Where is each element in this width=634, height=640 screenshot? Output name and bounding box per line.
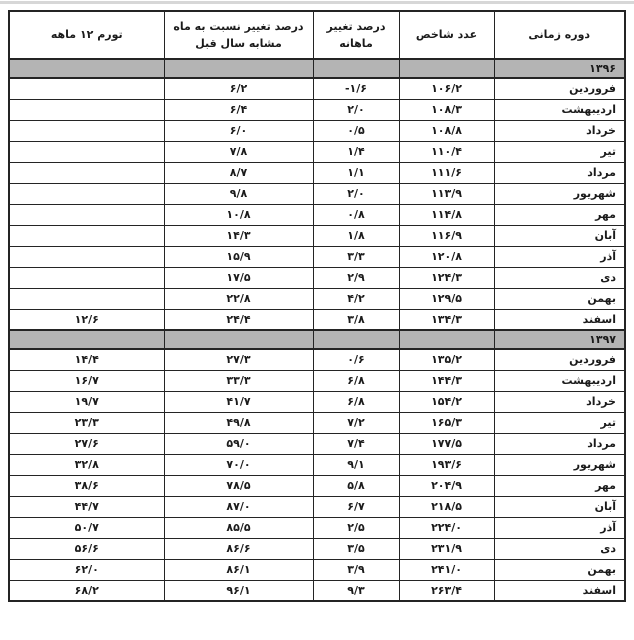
inflation-12m-cell: ۴۴/۷ [9, 496, 164, 517]
year-label: ۱۳۹۶ [494, 59, 625, 78]
inflation-12m-cell: ۱۴/۴ [9, 349, 164, 370]
period-cell: مرداد [494, 433, 625, 454]
monthly-change-cell: ۶/۸ [313, 391, 399, 412]
inflation-12m-cell [9, 288, 164, 309]
yoy-change-cell: ۸۶/۶ [164, 538, 313, 559]
data-row: دی۱۲۴/۳۲/۹۱۷/۵ [9, 267, 625, 288]
period-cell: خرداد [494, 120, 625, 141]
data-row: آبان۲۱۸/۵۶/۷۸۷/۰۴۴/۷ [9, 496, 625, 517]
index-cell: ۱۱۴/۸ [399, 204, 494, 225]
data-row: مهر۲۰۴/۹۵/۸۷۸/۵۳۸/۶ [9, 475, 625, 496]
inflation-12m-cell [9, 246, 164, 267]
inflation-12m-cell: ۵۰/۷ [9, 517, 164, 538]
inflation-12m-cell: ۳۸/۶ [9, 475, 164, 496]
monthly-change-cell: ۳/۳ [313, 246, 399, 267]
data-row: آذر۱۲۰/۸۳/۳۱۵/۹ [9, 246, 625, 267]
index-cell: ۱۲۹/۵ [399, 288, 494, 309]
data-row: اردیبهشت۱۴۴/۳۶/۸۳۳/۳۱۶/۷ [9, 370, 625, 391]
index-cell: ۱۳۵/۲ [399, 349, 494, 370]
year-band-cell [399, 59, 494, 78]
data-row: بهمن۲۴۱/۰۳/۹۸۶/۱۶۲/۰ [9, 559, 625, 580]
yoy-change-cell: ۸/۷ [164, 162, 313, 183]
header-row: دوره زمانی عدد شاخص درصد تغییر ماهانه در… [9, 11, 625, 59]
yoy-change-cell: ۶/۰ [164, 120, 313, 141]
period-cell: فروردین [494, 349, 625, 370]
year-band-cell [313, 330, 399, 349]
period-cell: فروردین [494, 78, 625, 99]
yoy-change-cell: ۸۷/۰ [164, 496, 313, 517]
data-row: مهر۱۱۴/۸۰/۸۱۰/۸ [9, 204, 625, 225]
yoy-change-cell: ۸۶/۱ [164, 559, 313, 580]
header-period: دوره زمانی [494, 11, 625, 59]
index-cell: ۱۶۵/۳ [399, 412, 494, 433]
yoy-change-cell: ۶/۴ [164, 99, 313, 120]
yoy-change-cell: ۴۱/۷ [164, 391, 313, 412]
year-band-cell [9, 59, 164, 78]
data-row: تیر۱۶۵/۳۷/۲۴۹/۸۲۳/۳ [9, 412, 625, 433]
monthly-change-cell: ۵/۸ [313, 475, 399, 496]
period-cell: دی [494, 267, 625, 288]
index-cell: ۲۰۴/۹ [399, 475, 494, 496]
yoy-change-cell: ۱۴/۳ [164, 225, 313, 246]
period-cell: آبان [494, 496, 625, 517]
data-row: اسفند۱۳۴/۳۳/۸۲۴/۴۱۲/۶ [9, 309, 625, 330]
period-cell: اردیبهشت [494, 370, 625, 391]
index-cell: ۱۰۶/۲ [399, 78, 494, 99]
yoy-change-cell: ۷۸/۵ [164, 475, 313, 496]
yoy-change-cell: ۵۹/۰ [164, 433, 313, 454]
period-cell: مهر [494, 475, 625, 496]
inflation-12m-cell: ۱۲/۶ [9, 309, 164, 330]
period-cell: اسفند [494, 580, 625, 601]
yoy-change-cell: ۹۶/۱ [164, 580, 313, 601]
data-row: فروردین۱۰۶/۲-۱/۶۶/۲ [9, 78, 625, 99]
inflation-12m-cell [9, 183, 164, 204]
yoy-change-cell: ۱۷/۵ [164, 267, 313, 288]
monthly-change-cell: ۱/۸ [313, 225, 399, 246]
period-cell: اسفند [494, 309, 625, 330]
index-cell: ۱۹۳/۶ [399, 454, 494, 475]
header-yoy-change: درصد تغییر نسبت به ماه مشابه سال قبل [164, 11, 313, 59]
yoy-change-cell: ۳۳/۳ [164, 370, 313, 391]
data-row: اسفند۲۶۳/۴۹/۳۹۶/۱۶۸/۲ [9, 580, 625, 601]
data-row: مرداد۱۷۷/۵۷/۴۵۹/۰۲۷/۶ [9, 433, 625, 454]
yoy-change-cell: ۶/۲ [164, 78, 313, 99]
index-cell: ۱۳۴/۳ [399, 309, 494, 330]
monthly-change-cell: ۰/۶ [313, 349, 399, 370]
year-band-cell [9, 330, 164, 349]
yoy-change-cell: ۷/۸ [164, 141, 313, 162]
inflation-12m-cell: ۲۷/۶ [9, 433, 164, 454]
cpi-table-container: دوره زمانی عدد شاخص درصد تغییر ماهانه در… [8, 10, 626, 602]
table-header: دوره زمانی عدد شاخص درصد تغییر ماهانه در… [9, 11, 625, 59]
index-cell: ۱۲۰/۸ [399, 246, 494, 267]
yoy-change-cell: ۲۴/۴ [164, 309, 313, 330]
data-row: بهمن۱۲۹/۵۴/۲۲۲/۸ [9, 288, 625, 309]
yoy-change-cell: ۲۷/۳ [164, 349, 313, 370]
data-row: دی۲۳۱/۹۳/۵۸۶/۶۵۶/۶ [9, 538, 625, 559]
monthly-change-cell: ۴/۲ [313, 288, 399, 309]
index-cell: ۱۱۳/۹ [399, 183, 494, 204]
index-cell: ۲۲۴/۰ [399, 517, 494, 538]
index-cell: ۱۱۰/۴ [399, 141, 494, 162]
period-cell: آذر [494, 246, 625, 267]
year-label: ۱۳۹۷ [494, 330, 625, 349]
data-row: خرداد۱۰۸/۸۰/۵۶/۰ [9, 120, 625, 141]
header-monthly-change: درصد تغییر ماهانه [313, 11, 399, 59]
yoy-change-cell: ۸۵/۵ [164, 517, 313, 538]
period-cell: شهریور [494, 454, 625, 475]
inflation-12m-cell [9, 78, 164, 99]
inflation-12m-cell [9, 141, 164, 162]
monthly-change-cell: ۱/۱ [313, 162, 399, 183]
monthly-change-cell: ۰/۵ [313, 120, 399, 141]
inflation-12m-cell: ۶۸/۲ [9, 580, 164, 601]
inflation-12m-cell [9, 204, 164, 225]
index-cell: ۱۴۴/۳ [399, 370, 494, 391]
scan-artifact-line [0, 1, 634, 4]
yoy-change-cell: ۱۰/۸ [164, 204, 313, 225]
index-cell: ۲۱۸/۵ [399, 496, 494, 517]
inflation-12m-cell: ۳۲/۸ [9, 454, 164, 475]
table-body: ۱۳۹۶فروردین۱۰۶/۲-۱/۶۶/۲اردیبهشت۱۰۸/۳۲/۰۶… [9, 59, 625, 601]
yoy-change-cell: ۲۲/۸ [164, 288, 313, 309]
header-index: عدد شاخص [399, 11, 494, 59]
inflation-12m-cell: ۲۳/۳ [9, 412, 164, 433]
yoy-change-cell: ۱۵/۹ [164, 246, 313, 267]
inflation-12m-cell [9, 225, 164, 246]
data-row: تیر۱۱۰/۴۱/۴۷/۸ [9, 141, 625, 162]
index-cell: ۱۱۶/۹ [399, 225, 494, 246]
monthly-change-cell: ۹/۱ [313, 454, 399, 475]
data-row: خرداد۱۵۴/۲۶/۸۴۱/۷۱۹/۷ [9, 391, 625, 412]
monthly-change-cell: ۰/۸ [313, 204, 399, 225]
year-band-cell [313, 59, 399, 78]
inflation-12m-cell [9, 99, 164, 120]
monthly-change-cell: ۳/۵ [313, 538, 399, 559]
data-row: شهریور۱۱۳/۹۲/۰۹/۸ [9, 183, 625, 204]
monthly-change-cell: ۳/۸ [313, 309, 399, 330]
data-row: آبان۱۱۶/۹۱/۸۱۴/۳ [9, 225, 625, 246]
year-band-row: ۱۳۹۶ [9, 59, 625, 78]
index-cell: ۱۰۸/۸ [399, 120, 494, 141]
index-cell: ۱۱۱/۶ [399, 162, 494, 183]
monthly-change-cell: ۲/۵ [313, 517, 399, 538]
monthly-change-cell: ۷/۲ [313, 412, 399, 433]
monthly-change-cell: ۱/۴ [313, 141, 399, 162]
monthly-change-cell: -۱/۶ [313, 78, 399, 99]
data-row: شهریور۱۹۳/۶۹/۱۷۰/۰۳۲/۸ [9, 454, 625, 475]
period-cell: تیر [494, 412, 625, 433]
period-cell: بهمن [494, 559, 625, 580]
monthly-change-cell: ۶/۸ [313, 370, 399, 391]
year-band-row: ۱۳۹۷ [9, 330, 625, 349]
period-cell: مرداد [494, 162, 625, 183]
data-row: مرداد۱۱۱/۶۱/۱۸/۷ [9, 162, 625, 183]
data-row: آذر۲۲۴/۰۲/۵۸۵/۵۵۰/۷ [9, 517, 625, 538]
yoy-change-cell: ۴۹/۸ [164, 412, 313, 433]
period-cell: تیر [494, 141, 625, 162]
monthly-change-cell: ۶/۷ [313, 496, 399, 517]
cpi-table: دوره زمانی عدد شاخص درصد تغییر ماهانه در… [8, 10, 626, 602]
index-cell: ۲۶۳/۴ [399, 580, 494, 601]
period-cell: آبان [494, 225, 625, 246]
monthly-change-cell: ۲/۰ [313, 99, 399, 120]
period-cell: بهمن [494, 288, 625, 309]
data-row: فروردین۱۳۵/۲۰/۶۲۷/۳۱۴/۴ [9, 349, 625, 370]
monthly-change-cell: ۷/۴ [313, 433, 399, 454]
inflation-12m-cell [9, 267, 164, 288]
period-cell: اردیبهشت [494, 99, 625, 120]
monthly-change-cell: ۲/۹ [313, 267, 399, 288]
period-cell: خرداد [494, 391, 625, 412]
index-cell: ۱۰۸/۳ [399, 99, 494, 120]
period-cell: دی [494, 538, 625, 559]
monthly-change-cell: ۲/۰ [313, 183, 399, 204]
index-cell: ۲۳۱/۹ [399, 538, 494, 559]
monthly-change-cell: ۳/۹ [313, 559, 399, 580]
index-cell: ۱۲۴/۳ [399, 267, 494, 288]
index-cell: ۱۵۴/۲ [399, 391, 494, 412]
inflation-12m-cell: ۶۲/۰ [9, 559, 164, 580]
inflation-12m-cell: ۱۶/۷ [9, 370, 164, 391]
index-cell: ۲۴۱/۰ [399, 559, 494, 580]
monthly-change-cell: ۹/۳ [313, 580, 399, 601]
index-cell: ۱۷۷/۵ [399, 433, 494, 454]
year-band-cell [164, 59, 313, 78]
inflation-12m-cell [9, 162, 164, 183]
period-cell: آذر [494, 517, 625, 538]
header-inflation-12m: تورم ۱۲ ماهه [9, 11, 164, 59]
year-band-cell [164, 330, 313, 349]
year-band-cell [399, 330, 494, 349]
inflation-12m-cell: ۵۶/۶ [9, 538, 164, 559]
inflation-12m-cell [9, 120, 164, 141]
data-row: اردیبهشت۱۰۸/۳۲/۰۶/۴ [9, 99, 625, 120]
inflation-12m-cell: ۱۹/۷ [9, 391, 164, 412]
yoy-change-cell: ۹/۸ [164, 183, 313, 204]
period-cell: مهر [494, 204, 625, 225]
yoy-change-cell: ۷۰/۰ [164, 454, 313, 475]
period-cell: شهریور [494, 183, 625, 204]
